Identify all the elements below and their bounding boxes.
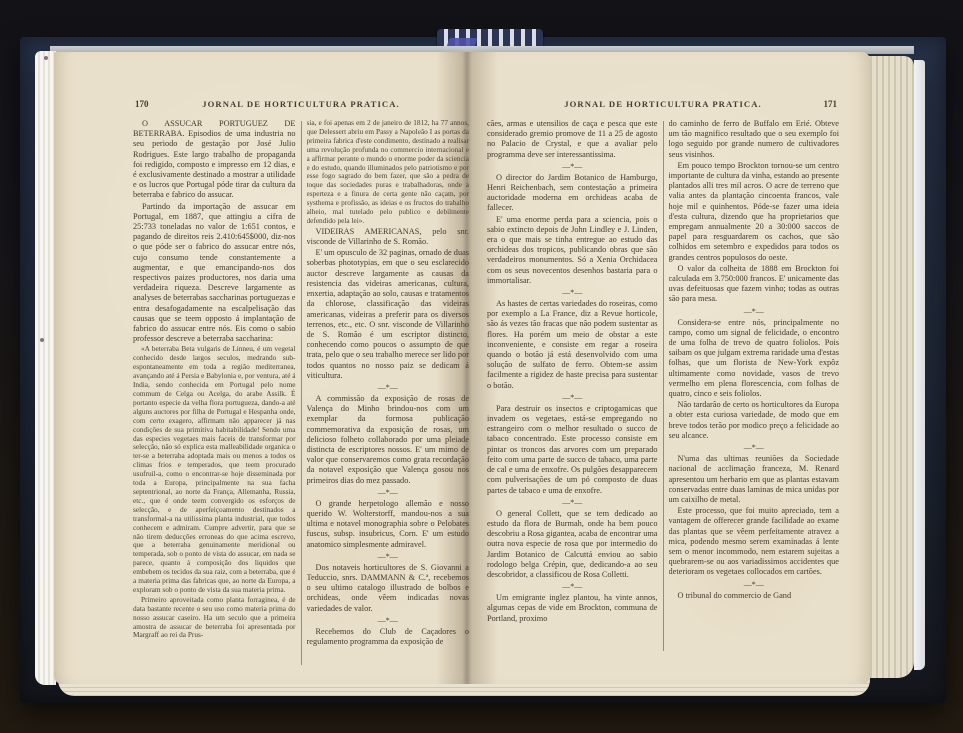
page-stack-left-edge <box>35 51 56 685</box>
paragraph: cães, armas e utensilios de caça e pesca… <box>487 119 658 160</box>
right-page-column-1: cães, armas e utensilios de caça e pesca… <box>487 119 658 651</box>
paragraph: O tribunal do commercio de Gand <box>669 591 840 601</box>
paragraph: sia, e foi apenas em 2 de janeiro de 181… <box>307 119 470 226</box>
photo-background: 170 JORNAL DE HORTICULTURA PRATICA. O AS… <box>0 0 963 733</box>
item-separator: —*— <box>307 382 470 393</box>
right-page-column-2: do caminho de ferro de Buffalo em Erié. … <box>669 119 840 651</box>
paragraph: Em pouco tempo Brockton tornou-se um cen… <box>669 161 840 263</box>
paragraph: O general Collett, que se tem dedicado a… <box>487 509 658 580</box>
left-page-column-2: sia, e foi apenas em 2 de janeiro de 181… <box>307 119 470 665</box>
left-page-header: 170 JORNAL DE HORTICULTURA PRATICA. <box>133 99 469 113</box>
item-separator: —*— <box>487 161 658 172</box>
item-separator: —*— <box>487 287 658 298</box>
paragraph: As hastes de certas variedades do roseir… <box>487 299 658 391</box>
page-stack-right-white <box>914 60 925 670</box>
paragraph: Considera-se entre nós, principalmente n… <box>669 318 840 400</box>
item-separator: —*— <box>307 551 470 562</box>
left-page-text: O ASSUCAR PORTUGUEZ DE BETERRABA. Episod… <box>133 119 469 665</box>
paragraph: E' um opusculo de 32 paginas, ornado de … <box>307 248 470 381</box>
paragraph: O valor da colheita de 1888 em Brockton … <box>669 264 840 305</box>
paragraph: VIDEIRAS AMERICANAS, pelo snr. visconde … <box>307 227 470 247</box>
item-separator: —*— <box>487 497 658 508</box>
paragraph: O grande herpetologo allemão e nosso que… <box>307 499 470 550</box>
item-separator: —*— <box>669 579 840 590</box>
left-running-head: JORNAL DE HORTICULTURA PRATICA. <box>133 99 469 109</box>
paragraph: do caminho de ferro de Buffalo em Erié. … <box>669 119 840 160</box>
right-page-text: cães, armas e utensilios de caça e pesca… <box>487 119 839 651</box>
item-separator: —*— <box>307 487 470 498</box>
dust-speck <box>44 56 48 60</box>
paragraph: Este processo, que foi muito apreciado, … <box>669 506 840 577</box>
item-separator: —*— <box>307 615 470 626</box>
paragraph: Dos notaveis horticultores de S. Giovann… <box>307 563 470 614</box>
right-page-number: 171 <box>824 99 838 109</box>
item-separator: —*— <box>487 392 658 403</box>
left-page-column-1: O ASSUCAR PORTUGUEZ DE BETERRABA. Episod… <box>133 119 296 665</box>
item-separator: —*— <box>669 306 840 317</box>
column-divider <box>301 121 302 665</box>
item-separator: —*— <box>487 581 658 592</box>
paragraph: Não tardarão de certo os horticultores d… <box>669 400 840 441</box>
right-page-header: JORNAL DE HORTICULTURA PRATICA. 171 <box>487 99 839 113</box>
paragraph: O director do Jardim Botanico de Hamburg… <box>487 173 658 214</box>
column-divider <box>663 121 664 651</box>
page-stack-right-edge <box>866 56 914 678</box>
right-running-head: JORNAL DE HORTICULTURA PRATICA. <box>487 99 839 109</box>
dust-speck <box>40 338 44 342</box>
paragraph: E' uma enorme perda para a sciencia, poi… <box>487 215 658 286</box>
paragraph: N'uma das ultimas reuniões da Sociedade … <box>669 454 840 505</box>
paragraph: Um emigrante inglez plantou, ha vinte an… <box>487 593 658 624</box>
paragraph: O ASSUCAR PORTUGUEZ DE BETERRABA. Episod… <box>133 119 296 201</box>
paragraph: Partindo da importação de assucar em Por… <box>133 202 296 345</box>
paragraph: Recebemos do Club de Caçadores o regulam… <box>307 627 470 647</box>
paragraph: A commissão da exposição de rosas de Val… <box>307 394 470 486</box>
paragraph: «A beterraba Beta vulgaris de Linneu, é … <box>133 345 296 594</box>
paragraph: Para destruir os insectos e criptogamica… <box>487 404 658 496</box>
item-separator: —*— <box>669 442 840 453</box>
paragraph: Primeiro aproveitada como planta forragi… <box>133 596 296 641</box>
